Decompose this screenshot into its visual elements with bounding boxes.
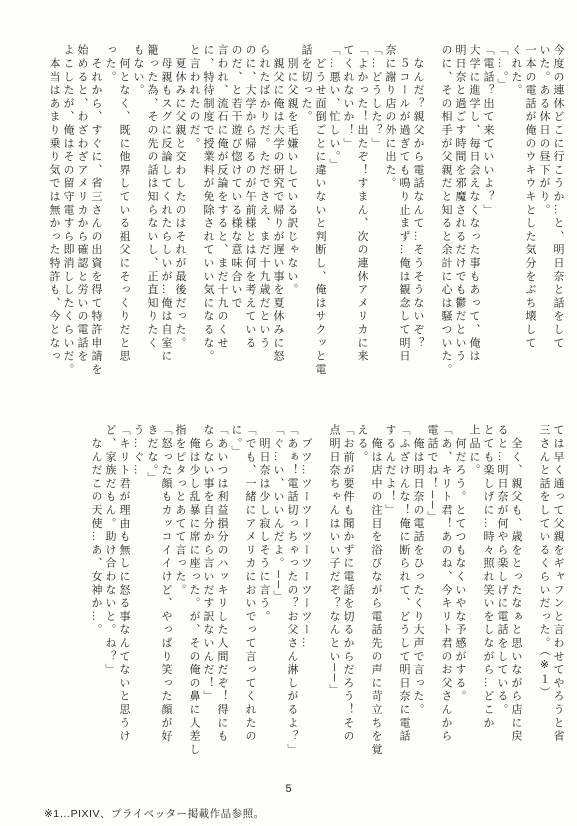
text-column: 奈に謝り店の外に出た。 xyxy=(383,44,397,408)
text-column: とても楽しげに…時々照れ笑いをしながら…どこか xyxy=(481,424,495,810)
text-column: くれた。 xyxy=(509,44,523,408)
text-column: に、特待制度で授業料が免除されていい気になるな。 xyxy=(201,44,215,408)
text-column: きだな。」 xyxy=(145,424,159,810)
text-column: 大学に進学し、毎日会えなくなった事もあって、俺は xyxy=(467,44,481,408)
text-column: 俺は店中の注目を浴びながら電話先の声に苛立ちを覚 xyxy=(369,424,383,810)
text-column: 俺は少し乱暴に席に座った。が、その俺の鼻に人差し xyxy=(187,424,201,810)
text-column: 「ふざけんな！俺に断られて、どうして明日奈に電話 xyxy=(397,424,411,810)
text-column: 話を切った。 xyxy=(299,44,313,408)
text-column: 「あ、キリト君！あのね、今キリト君のお父さんから xyxy=(439,424,453,810)
text-column: いた。ある休日の昼下がり。 xyxy=(537,44,551,408)
text-column: 本当はあまり乗り気では無かった特許も、今となっ xyxy=(47,44,61,408)
text-column: ブツ…ツーツーツーツーツーツー… xyxy=(299,424,313,810)
text-column: 「ぐ…い、いいんだよ。──」 xyxy=(271,424,285,810)
text-column: 始めると、わざわざアメリカから確認と労いの電話を xyxy=(75,44,89,408)
text-column: られたばかりだ。ただでさえ、まだ十九歳だという xyxy=(257,44,271,408)
text-column: それから、すぐに、省三さんの出資を得て特許申請を xyxy=(89,44,103,408)
text-column: 「お前が要件も聞かずに電話を切るからだろう！その xyxy=(341,424,355,810)
text-column: ならない事を自分から言いだす訳ないんだ！」 xyxy=(201,424,215,810)
text-column: と言われたのだ。 xyxy=(187,44,201,408)
text-column xyxy=(313,424,327,810)
text-column: 「キリト君が理由も無しに怒る事なんてないと思うけ xyxy=(117,424,131,810)
text-column: 指をピタっとあてて言った。 xyxy=(173,424,187,810)
text-column: に。」 xyxy=(229,424,243,810)
text-column: なんだこの天使…あ、女神か…。 xyxy=(89,424,103,810)
text-column: よこしたが、俺はその留守電すら即消ししたくらいだ。 xyxy=(61,44,75,408)
text-column: なんだ？親父から電話なんて…そうそうないぞ？ xyxy=(411,44,425,408)
text-column xyxy=(523,424,537,810)
text-column: 明日奈と過ごす時間を邪魔されるだけでも鬱だという xyxy=(453,44,467,408)
text-column: 上品に。 xyxy=(467,424,481,810)
upper-text-block: 今度の連休どこに行こうか…と、明日奈と話をしていた。ある休日の昼下がり。一本の電… xyxy=(28,44,565,408)
text-column: 「怒った顔もカッコイイけど、やっぱり笑った顔が好 xyxy=(159,424,173,810)
text-column: 夏休みに父親と交わしたのはそれが最後だった。 xyxy=(173,44,187,408)
text-column: 点明日奈ちゃんはいい子だぞ？なんとい──」 xyxy=(327,424,341,810)
text-column: 「あいつは利益損分のハッキリした人間だぞ！得にも xyxy=(215,424,229,810)
text-column: った。 xyxy=(103,44,117,408)
text-column: 言われ、流石に俺が反論をすると、まだ十九のくせ xyxy=(215,44,229,408)
text-column: 「…どうした？」 xyxy=(369,44,383,408)
text-column: 明日奈は少し寂しそうに言う。 xyxy=(257,424,271,810)
page-number: 5 xyxy=(0,783,577,795)
text-column: 「あぁ！電話切っちゃったの？お父さん淋しがるよ？」 xyxy=(285,424,299,810)
text-column: 籠った為、その先の話は知らないし、正直知りたく xyxy=(145,44,159,408)
lower-text-block: ては早く通って父親をギャフンと言わせてやろうと省三さんと話をしているくらいだった… xyxy=(28,424,565,810)
text-column xyxy=(425,44,439,408)
text-column: 「でも、一緒にアメリカにおいでって言ってくれたの xyxy=(243,424,257,810)
footnote: ※1…PIXIV、プライベッター掲載作品参照。 xyxy=(44,806,265,821)
text-column: 何だろう。とてつもなくいやな予感がする。 xyxy=(453,424,467,810)
text-column: のに、大学から帰るのが午前様とは何を考えている xyxy=(243,44,257,408)
text-column: のに、その相手が父親だと知ると余計に心は騒ついた。 xyxy=(439,44,453,408)
text-column: ど、家族だもん。助け合わないと。ね？」 xyxy=(103,424,117,810)
text-column: 何となく、既に他界している祖父にそっくりだと思 xyxy=(117,44,131,408)
text-column: える。 xyxy=(355,424,369,810)
text-column: もない。 xyxy=(131,44,145,408)
text-column: 今度の連休どこに行こうか…と、明日奈と話をして xyxy=(551,44,565,408)
text-column: ると…明日奈が何やら楽しげに電話をしている。 xyxy=(495,424,509,810)
text-column: のだ、と若干遊び惚けている様な意味合いで xyxy=(229,44,243,408)
text-column: 別に父親を毛嫌いしている訳じゃない。 xyxy=(285,44,299,408)
text-column: ５コールが過ぎても鳴り止まず…俺は観念して明日 xyxy=(397,44,411,408)
text-column: するんだよ！」 xyxy=(383,424,397,810)
text-column: ては早く通って父親をギャフンと言わせてやろうと省 xyxy=(551,424,565,810)
text-column: どうせ面倒ごとに違いないと判断し、俺はサクッと電 xyxy=(313,44,327,408)
text-column: 「…。」 xyxy=(495,44,509,408)
text-column: 一本の電話が俺のウキウキとした気分をぶち壊して xyxy=(523,44,537,408)
text-column: 親父に俺は大学の研究で帰りが遅い事を夏休みに怒 xyxy=(271,44,285,408)
text-column: 電話でね！──」 xyxy=(425,424,439,810)
text-column: 母親もスグに反論してくれたらしいが…俺は自室に xyxy=(159,44,173,408)
text-column: てくれないか！」 xyxy=(341,44,355,408)
text-column: 「…悪い、忙しい。」 xyxy=(327,44,341,408)
text-column: う…ぐ… xyxy=(131,424,145,810)
text-column: 「電話？出て来ていいよ？」 xyxy=(481,44,495,408)
text-column: 全く、親父も、歳をとったなぁと思いながら店に戻 xyxy=(509,424,523,810)
text-column: 「よかった！出たぞ！すまん、次の連休アメリカに来 xyxy=(355,44,369,408)
text-column: 俺は明日奈の電話をひったくり大声で言った。 xyxy=(411,424,425,810)
text-column: 三さんと話をしているくらいだった。（※１） xyxy=(537,424,551,810)
